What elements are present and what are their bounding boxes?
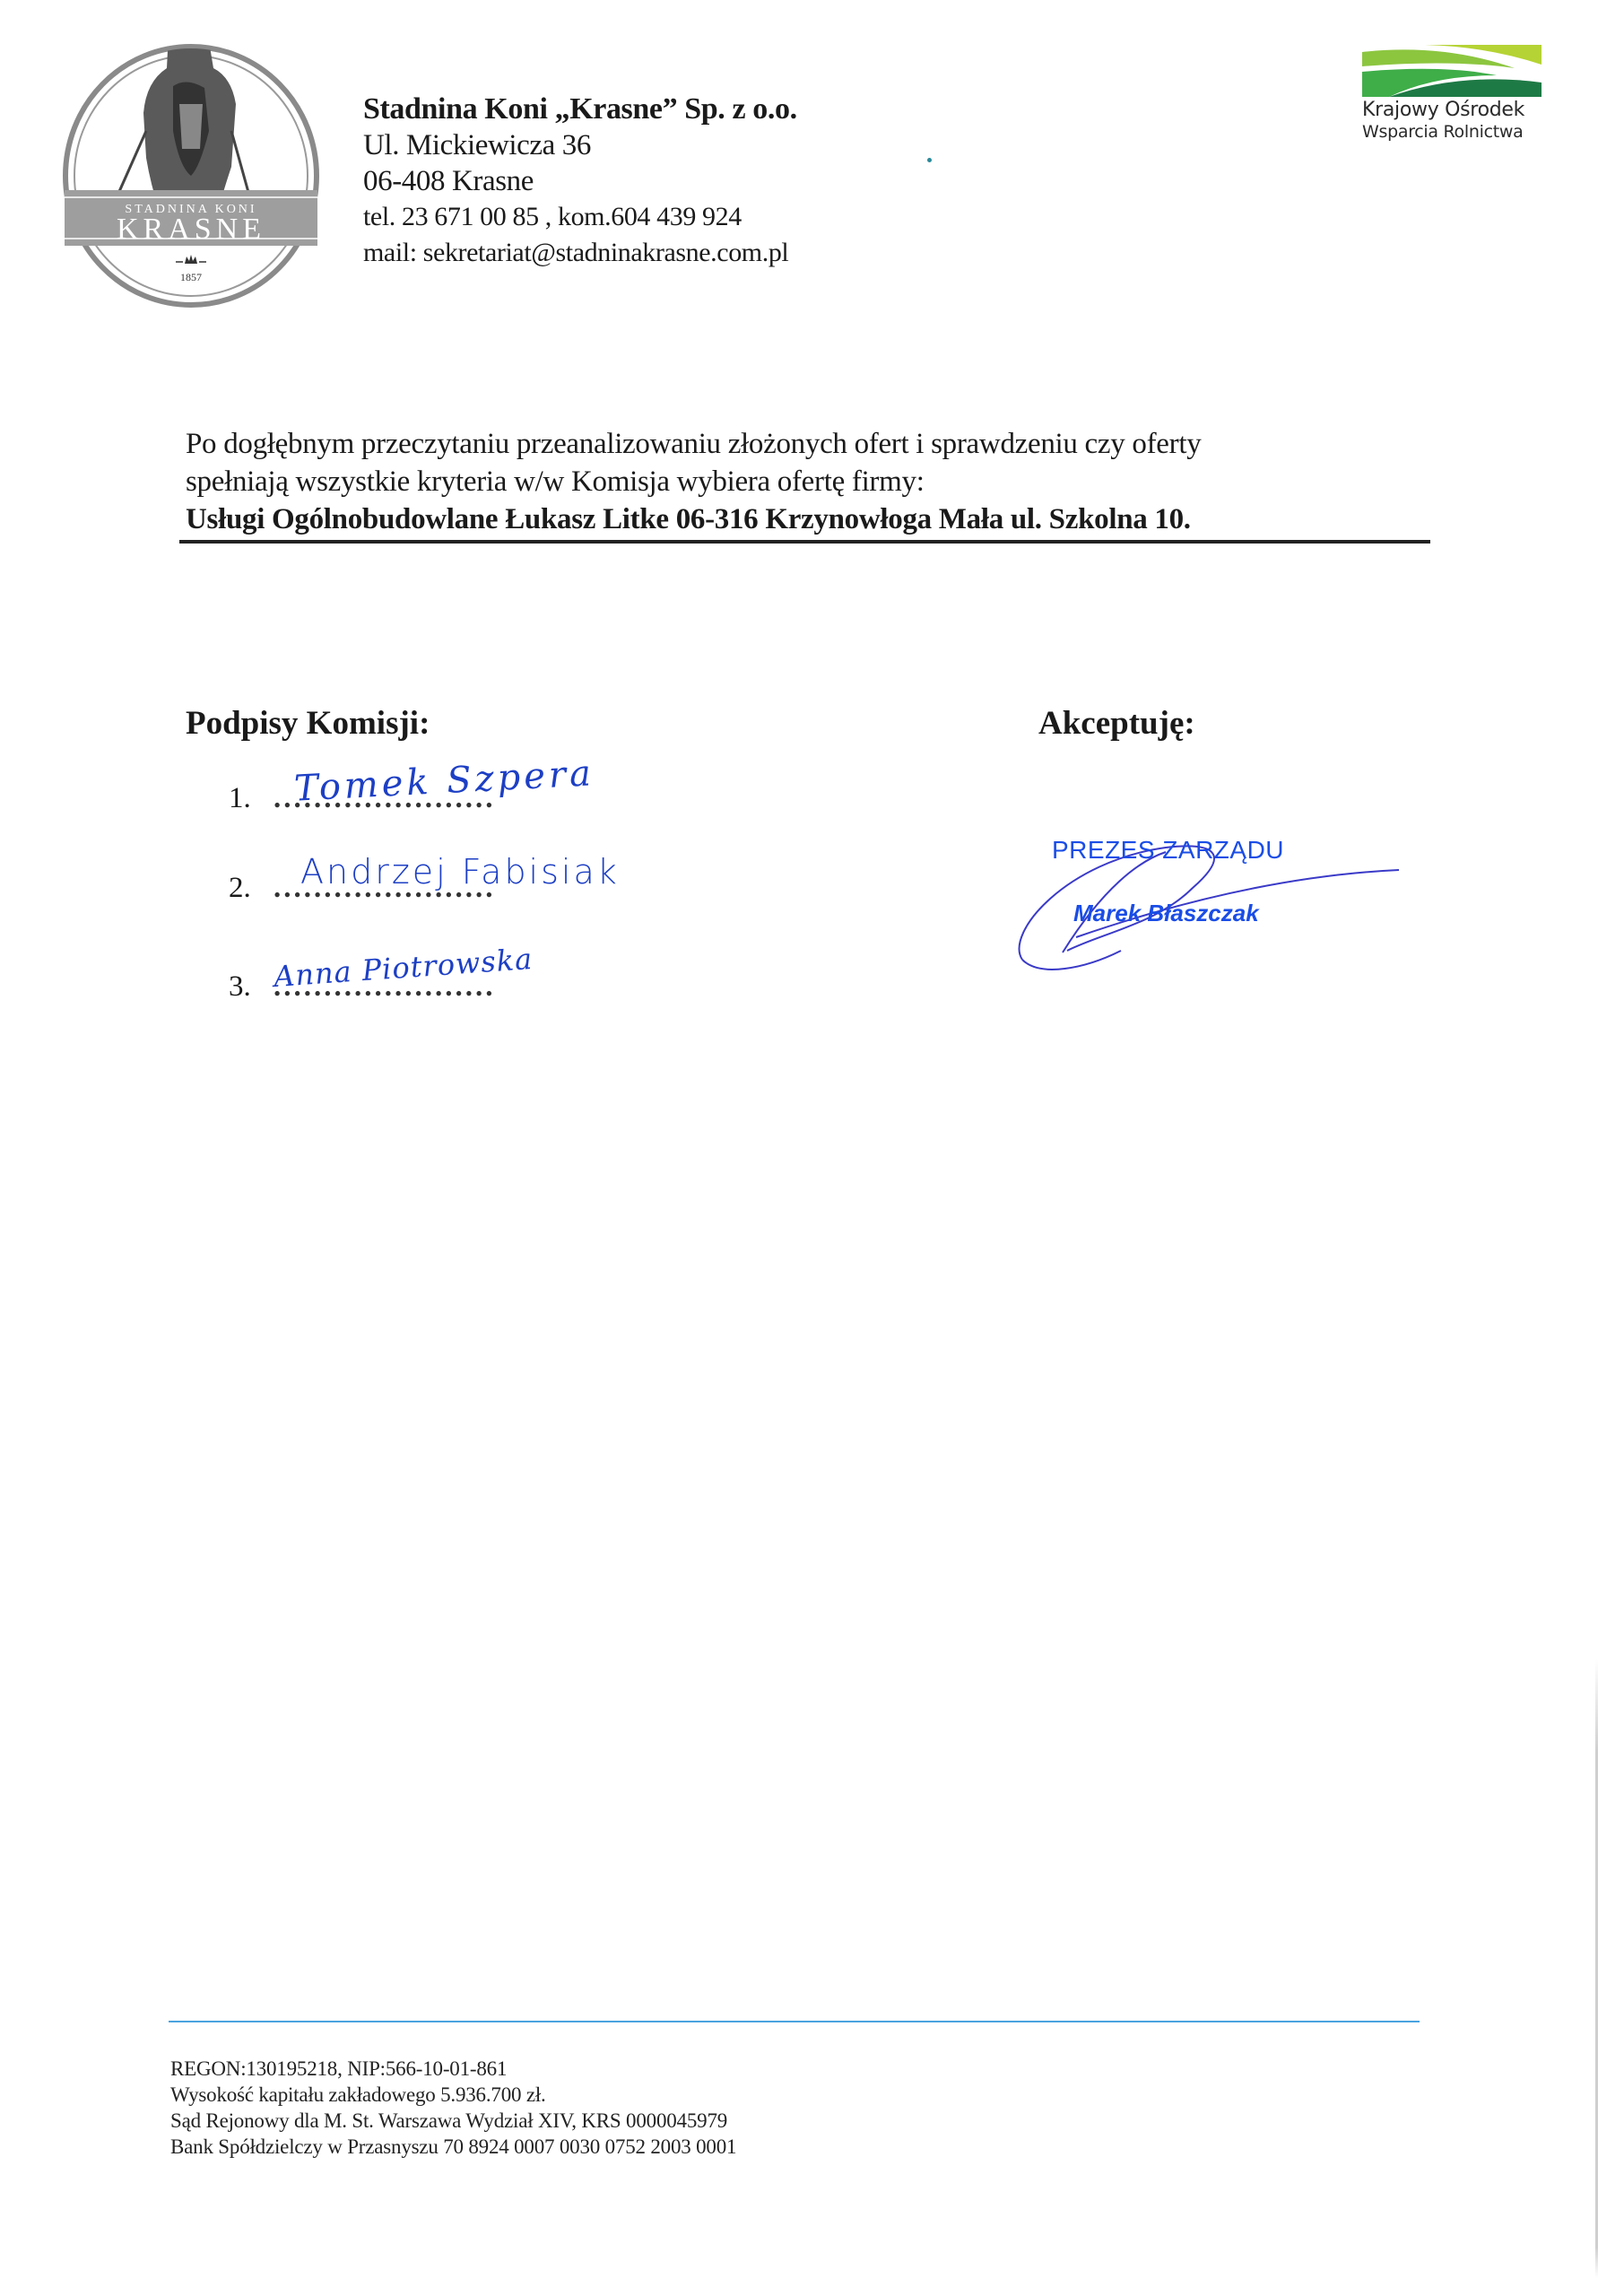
- footer-divider: [169, 2021, 1420, 2022]
- partner-name-line2: Wsparcia Rolnictwa: [1362, 121, 1556, 143]
- stamp-title: PREZES ZARZĄDU: [1052, 836, 1284, 865]
- divider: [179, 540, 1430, 544]
- company-street: Ul. Mickiewicza 36: [363, 127, 797, 163]
- decision-paragraph: Po dogłębnym przeczytaniu przeanalizowan…: [186, 425, 1441, 538]
- paragraph-line-1: Po dogłębnym przeczytaniu przeanalizowan…: [186, 425, 1441, 463]
- partner-logo: Krajowy Ośrodek Wsparcia Rolnictwa: [1350, 45, 1556, 143]
- stamp-name: Marek Błaszczak: [1073, 900, 1259, 927]
- selected-company: Usługi Ogólnobudowlane Łukasz Litke 06-3…: [186, 500, 1441, 538]
- committee-signatures-heading: Podpisy Komisji:: [186, 704, 430, 743]
- company-phone: tel. 23 671 00 85 , kom.604 439 924: [363, 199, 797, 235]
- signature-number: 3.: [229, 970, 274, 1004]
- company-email[interactable]: mail: sekretariat@stadninakrasne.com.pl: [363, 235, 797, 271]
- handwritten-signature-2: Andrzej Fabisiak: [300, 852, 620, 891]
- partner-name-line1: Krajowy Ośrodek: [1362, 99, 1556, 121]
- accept-heading: Akceptuję:: [1038, 704, 1195, 743]
- paragraph-line-2: spełniają wszystkie kryteria w/w Komisja…: [186, 463, 1441, 500]
- horse-rider-seal-icon: STADNINA KONI KRASNE 1857: [61, 32, 321, 309]
- signature-number: 1.: [229, 782, 274, 815]
- footer: REGON:130195218, NIP:566-10-01-861 Wysok…: [170, 2056, 736, 2160]
- scan-page-edge: [1595, 1659, 1598, 2278]
- footer-capital: Wysokość kapitału zakładowego 5.936.700 …: [170, 2082, 736, 2108]
- scan-speck: [927, 158, 932, 162]
- letterhead: Stadnina Koni „Krasne” Sp. z o.o. Ul. Mi…: [363, 91, 797, 271]
- seal-main-text: KRASNE: [117, 213, 265, 246]
- footer-bank-account: Bank Spółdzielczy w Przasnyszu 70 8924 0…: [170, 2134, 736, 2160]
- company-name: Stadnina Koni „Krasne” Sp. z o.o.: [363, 91, 797, 127]
- green-hills-icon: [1362, 45, 1541, 99]
- footer-regon-nip: REGON:130195218, NIP:566-10-01-861: [170, 2056, 736, 2082]
- company-postal: 06-408 Krasne: [363, 163, 797, 199]
- footer-court-krs: Sąd Rejonowy dla M. St. Warszawa Wydział…: [170, 2108, 736, 2134]
- handwritten-signature-1: Tomek Szpera: [293, 752, 595, 809]
- signature-number: 2.: [229, 872, 274, 905]
- seal-year: 1857: [180, 271, 202, 283]
